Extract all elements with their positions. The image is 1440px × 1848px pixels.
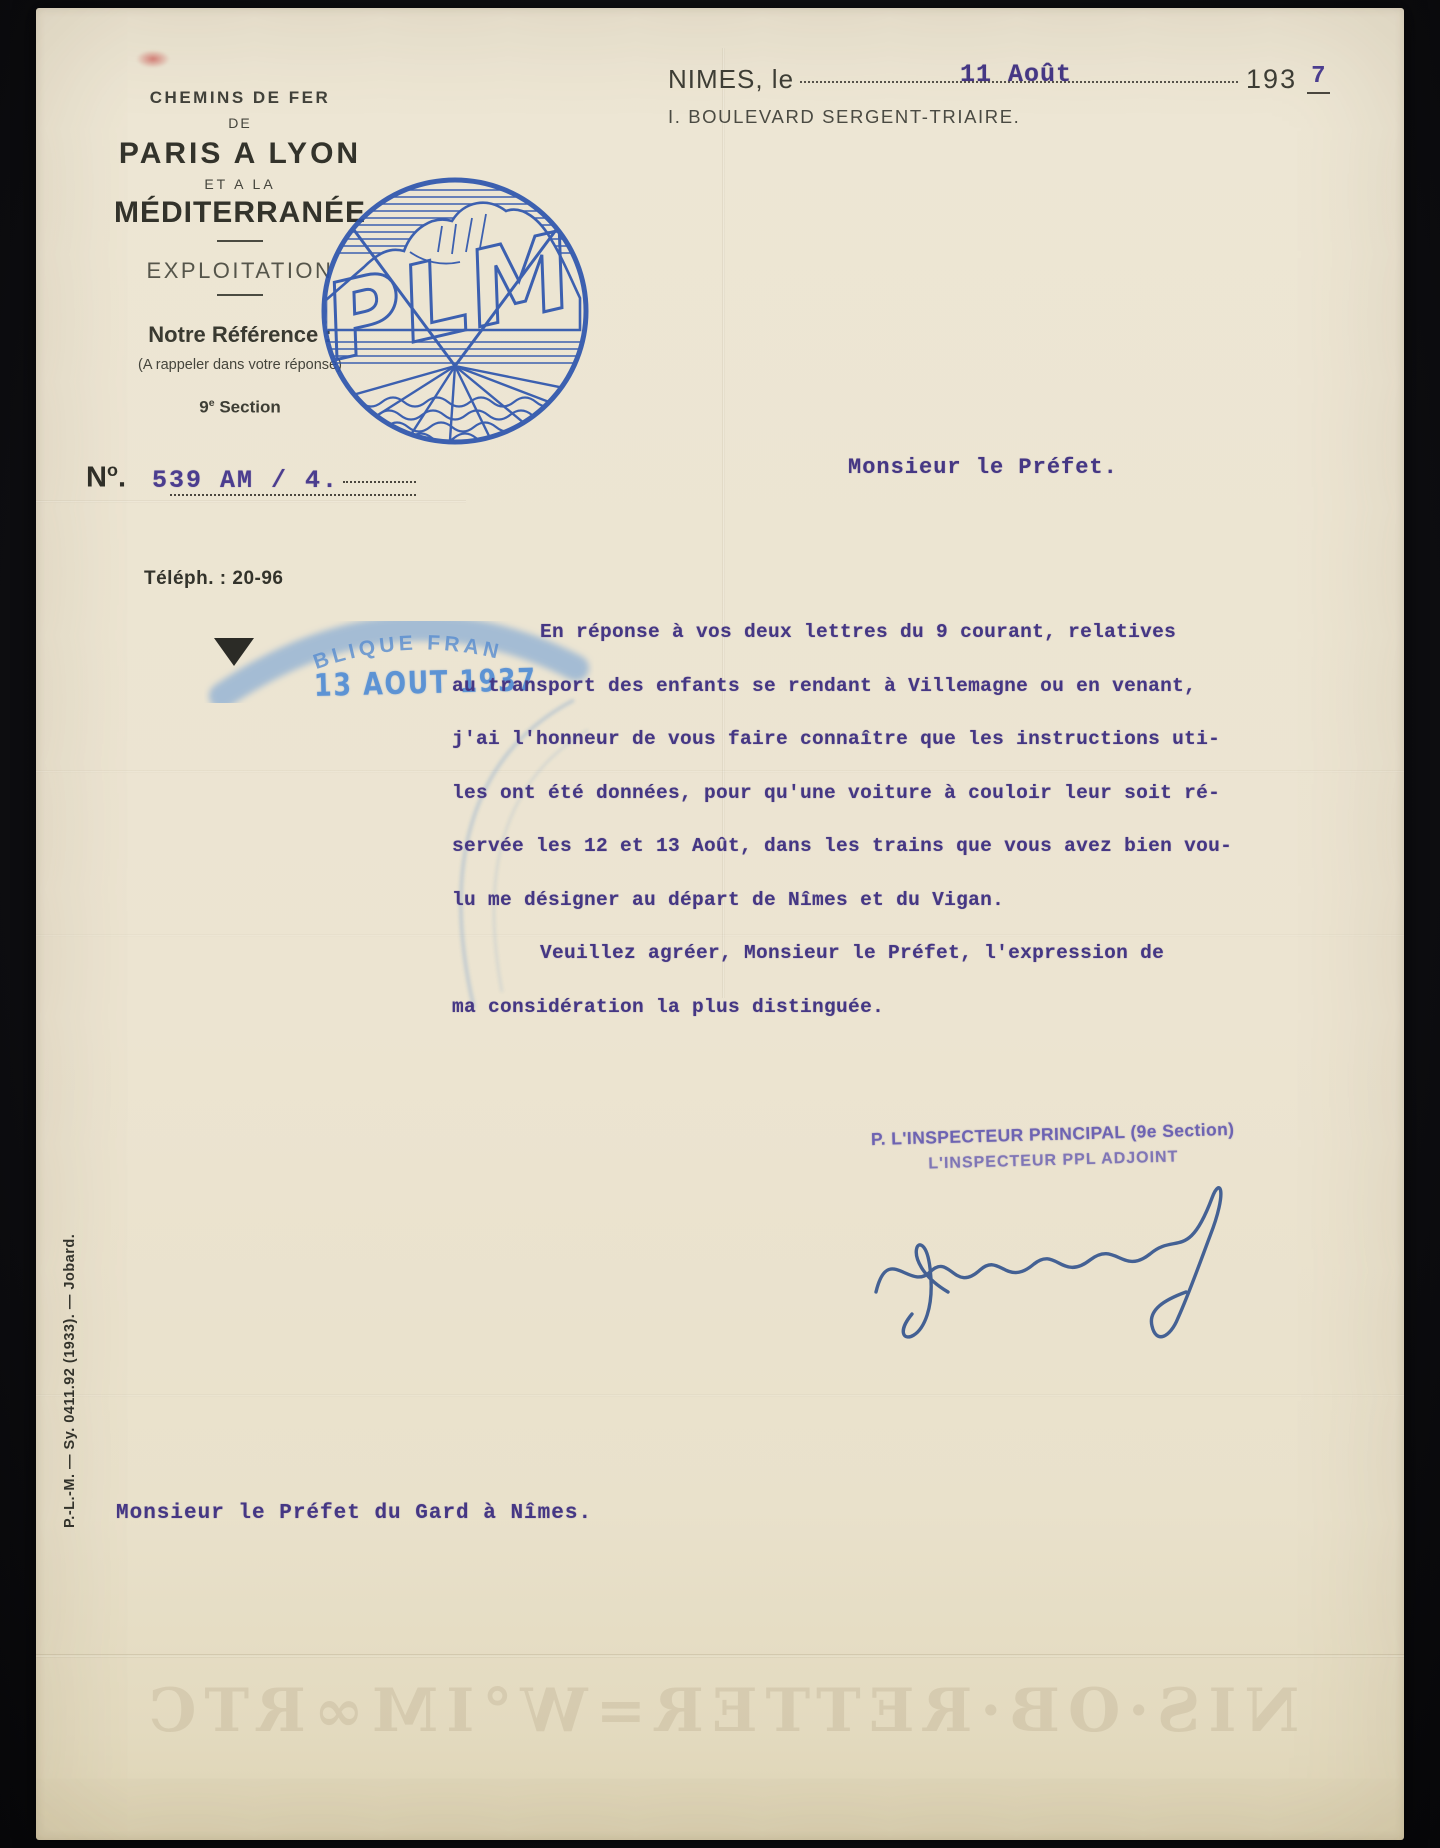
printer-reference: P.-L.-M. — Sy. 0411.92 (1933). — Jobard.: [62, 1138, 78, 1528]
crease-line: [36, 1394, 1404, 1397]
plm-railway-logo: PLM: [314, 170, 596, 452]
body-line: j'ai l'honneur de vous faire connaître q…: [452, 713, 1212, 767]
letter-paper: CHEMINS DE FER DE PARIS A LYON ET A LA M…: [36, 8, 1404, 1840]
letter-body: En réponse à vos deux lettres du 9 coura…: [452, 606, 1212, 1034]
handwritten-signature: [858, 1164, 1268, 1354]
dotted-line: [343, 481, 416, 483]
fold-line: [36, 1654, 1404, 1658]
body-line: servée les 12 et 13 Août, dans les train…: [452, 820, 1212, 874]
company-name-line: CHEMINS DE FER: [70, 88, 410, 108]
body-line: ma considération la plus distinguée.: [452, 981, 1212, 1035]
typed-date: 11 Août: [960, 60, 1072, 89]
section-word: Section: [215, 398, 281, 417]
dateline-block: NIMES, le 193 7 11 Août I. BOULEVARD SER…: [668, 64, 1380, 128]
year-printed: 193: [1246, 64, 1297, 95]
street-address: I. BOULEVARD SERGENT-TRIAIRE.: [668, 106, 1380, 128]
company-name-line: PARIS A LYON: [70, 137, 410, 171]
divider-rule: [217, 240, 263, 242]
body-line: Veuillez agréer, Monsieur le Préfet, l'e…: [452, 927, 1212, 981]
body-line: les ont été données, pour qu'une voiture…: [452, 767, 1212, 821]
dotted-underline: [170, 494, 416, 496]
addressee-line: Monsieur le Préfet du Gard à Nîmes.: [116, 1502, 592, 1525]
body-line: En réponse à vos deux lettres du 9 coura…: [452, 606, 1212, 660]
number-label: No.: [86, 460, 126, 495]
section-number: 9: [199, 398, 208, 417]
salutation: Monsieur le Préfet.: [848, 455, 1118, 480]
company-name-line: DE: [70, 115, 410, 131]
body-line: lu me désigner au départ de Nîmes et du …: [452, 874, 1212, 928]
red-ink-smudge: [136, 50, 170, 68]
reference-number-row: No. 539 AM / 4.: [86, 460, 416, 495]
logo-plm-letters: PLM: [314, 209, 586, 385]
dateline-row: NIMES, le 193 7 11 Août: [668, 64, 1380, 100]
divider-rule: [217, 294, 263, 296]
city-and-le: NIMES, le: [668, 64, 794, 95]
ghost-bleedthrough-text: NIS·OB·RETTER=W°IM∞RTC: [36, 1676, 1404, 1746]
year-typed-digit: 7: [1307, 63, 1329, 94]
crease-line: [36, 500, 466, 503]
typed-reference-number: 539 AM / 4.: [152, 466, 339, 495]
body-line: au transport des enfants se rendant à Vi…: [452, 660, 1212, 714]
